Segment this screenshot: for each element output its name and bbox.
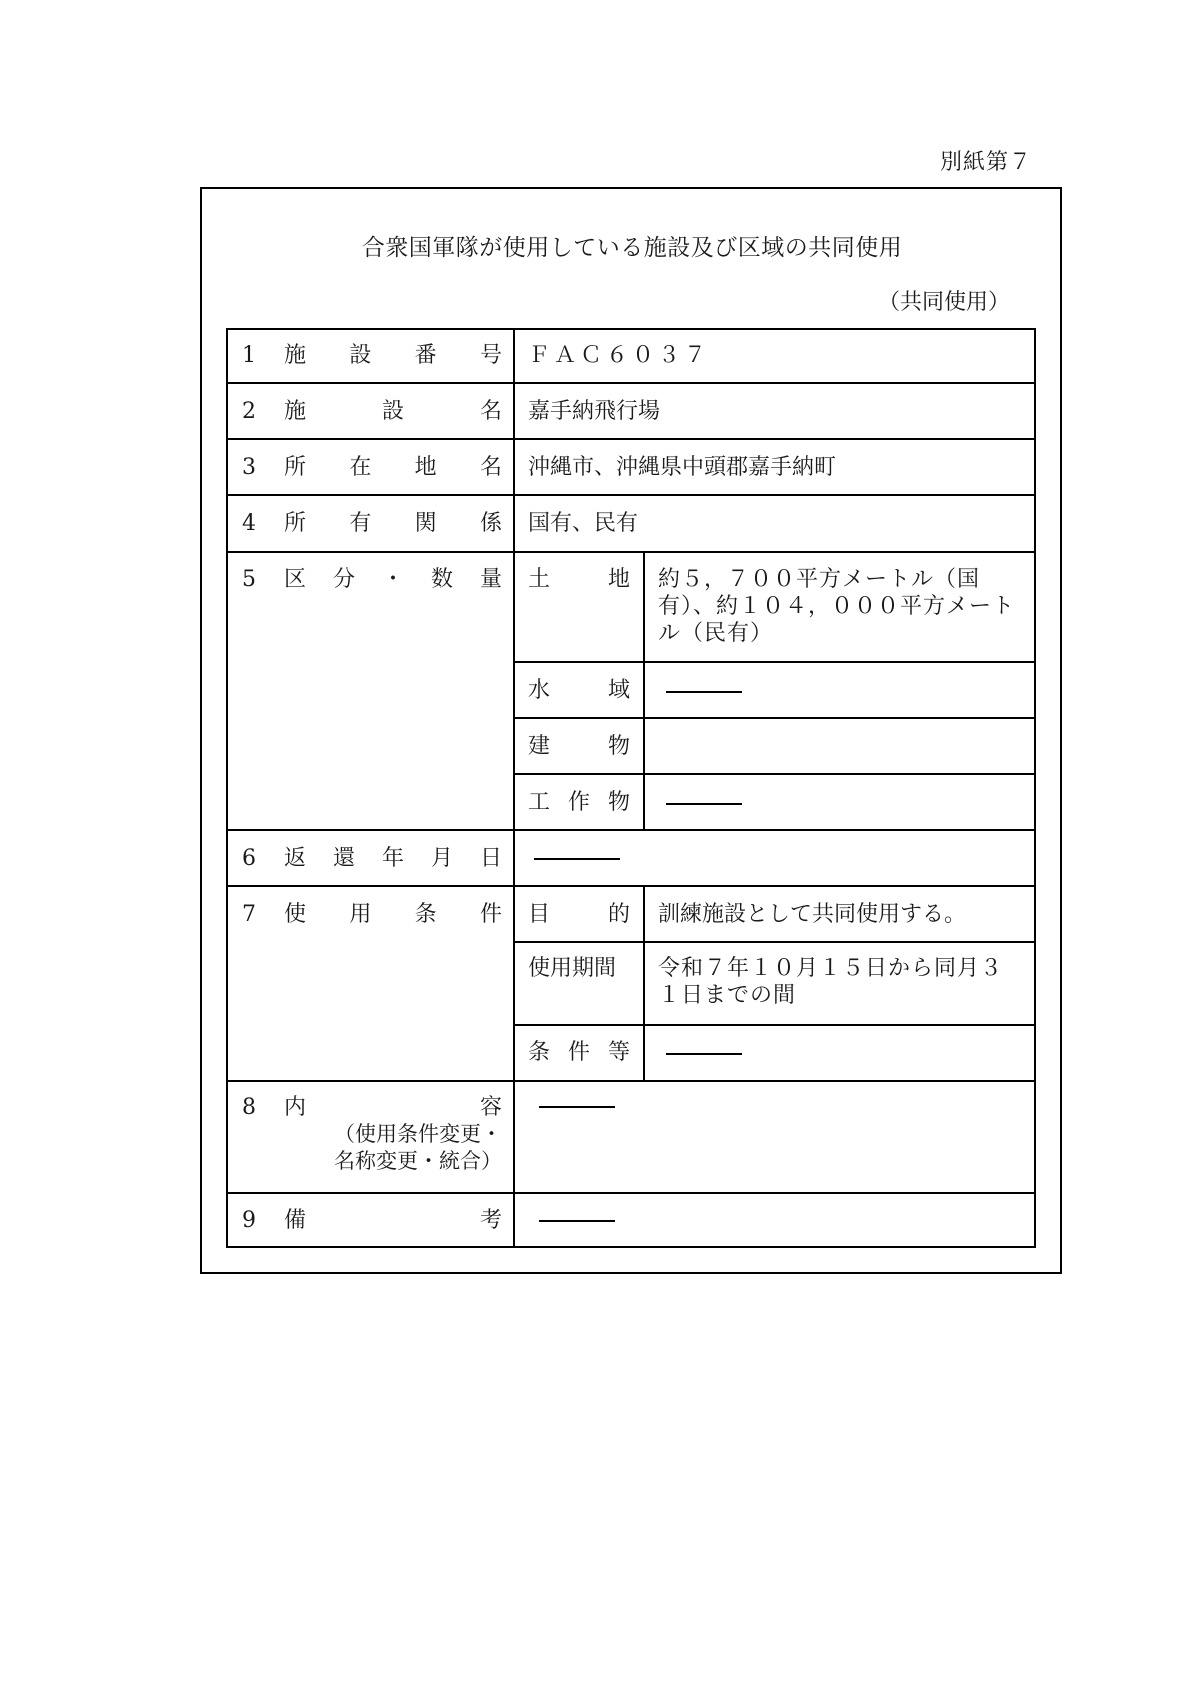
label-char: 返 [284,845,306,873]
label-char: 係 [480,510,502,538]
label-char: 目 [528,901,550,929]
location-value: 沖縄市、沖縄県中頭郡嘉手納町 [528,454,836,482]
label-char: 土 [528,566,550,594]
label-char: 条 [415,901,437,929]
row-label: 2 施 設 名 [242,398,502,426]
label-char: 名 [480,398,502,426]
table-row-usage-conditions: 7 使 用 条 件 目 的 訓練施設として共同使用する。 使用期間 [226,887,1036,1082]
row-label: 8 内 容 [242,1094,502,1121]
label-char: 地 [415,454,437,482]
sub-label: 工 作 物 [528,789,630,817]
label-char: 番 [415,342,437,370]
row-number: 2 [242,398,282,426]
row-number: 6 [242,845,282,873]
row-label: 5 区 分 ・ 数 量 [242,566,502,594]
table-row-remarks: 9 備 考 [226,1194,1036,1248]
sub-label: 建 物 [528,733,630,761]
label-char: 作 [568,789,590,817]
row-number: 1 [242,342,282,370]
label-char: 工 [528,789,550,817]
empty-value-dash [534,858,620,860]
label-char: 施 [284,342,306,370]
empty-value-dash [666,691,742,693]
label-char: 量 [480,566,502,594]
table-row-classification-quantity: 5 区 分 ・ 数 量 土 地 約５，７００平方メートル（国有）、約１０４，００… [226,553,1036,831]
sub-label: 土 地 [528,566,630,594]
row-number: 4 [242,510,282,538]
sub-label: 条 件 等 [528,1039,630,1067]
row-label: 7 使 用 条 件 [242,901,502,929]
label-char: 在 [349,454,371,482]
facility-number-value: ＦＡＣ６０３７ [528,342,710,370]
land-area-value: 約５，７００平方メートル（国有）、約１０４，０００平方メートル（民有） [658,566,1026,647]
contents-label-note-1: （使用条件変更・ [282,1121,502,1148]
label-char: 水 [528,677,550,705]
facility-name-value: 嘉手納飛行場 [528,398,660,426]
label-char: 建 [528,733,550,761]
table-row-return-date: 6 返 還 年 月 日 [226,831,1036,887]
label-char: 所 [284,454,306,482]
label-char: 件 [480,901,502,929]
row-label: 1 施 設 番 号 [242,342,502,370]
label-char: 関 [415,510,437,538]
label-char: 設 [382,398,404,426]
table-row-facility-name: 2 施 設 名 嘉手納飛行場 [226,384,1036,440]
table-row-facility-number: 1 施 設 番 号 ＦＡＣ６０３７ [226,328,1036,384]
facility-info-table: 1 施 設 番 号 ＦＡＣ６０３７ 2 施 設 名 嘉手納飛行場 [226,328,1036,1248]
label-char: 域 [608,677,630,705]
sub-label: 使用期間 [528,955,638,983]
label-char: 物 [608,733,630,761]
label-char: 地 [608,566,630,594]
row-number: 8 [242,1094,282,1121]
label-char: 数 [431,566,453,594]
sub-label: 目 的 [528,901,630,929]
label-char: 還 [333,845,355,873]
label-char: 年 [382,845,404,873]
label-char: 備 [284,1207,306,1235]
label-char: 考 [480,1207,502,1235]
empty-value-dash [539,1220,615,1222]
row-label: 6 返 還 年 月 日 [242,845,502,873]
label-char: 名 [480,454,502,482]
purpose-value: 訓練施設として共同使用する。 [658,901,1026,929]
document-subtitle: （共同使用） [878,285,1010,316]
usage-period-value: 令和７年１０月１５日から同月３１日までの間 [658,955,1018,1009]
ownership-value: 国有、民有 [528,510,638,538]
row-number: 3 [242,454,282,482]
sub-label: 水 域 [528,677,630,705]
label-char: 分 [333,566,355,594]
document-frame: 合衆国軍隊が使用している施設及び区域の共同使用 （共同使用） 1 [200,187,1062,1274]
row-label: 4 所 有 関 係 [242,510,502,538]
attachment-number-label: 別紙第７ [940,145,1060,176]
table-row-ownership: 4 所 有 関 係 国有、民有 [226,496,1036,552]
document-title: 合衆国軍隊が使用している施設及び区域の共同使用 [202,229,1060,262]
label-char: 内 [284,1094,306,1121]
row-label: 9 備 考 [242,1207,502,1235]
empty-value-dash [666,803,742,805]
label-char: 容 [480,1094,502,1121]
label-char: 区 [284,566,306,594]
contents-label-note-2: 名称変更・統合） [276,1148,502,1175]
label-char: 件 [568,1039,590,1067]
empty-value-dash [539,1106,615,1108]
empty-value-dash [666,1053,742,1055]
label-char: ・ [382,566,404,594]
label-char: 等 [608,1039,630,1067]
label-char: 設 [349,342,371,370]
label-char: 日 [480,845,502,873]
row-number: 9 [242,1207,282,1235]
row-number: 7 [242,901,282,929]
label-char: 的 [608,901,630,929]
label-char: 有 [349,510,371,538]
table-row-contents: 8 内 容 （使用条件変更・ 名称変更・統合） [226,1082,1036,1194]
label-char: 号 [480,342,502,370]
label-char: 用 [349,901,371,929]
label-char: 条 [528,1039,550,1067]
label-char: 月 [431,845,453,873]
label-char: 所 [284,510,306,538]
label-char: 物 [608,789,630,817]
label-char: 使 [284,901,306,929]
table-row-location: 3 所 在 地 名 沖縄市、沖縄県中頭郡嘉手納町 [226,440,1036,496]
row-label: 3 所 在 地 名 [242,454,502,482]
label-char: 使用期間 [528,956,616,981]
label-char: 施 [284,398,306,426]
row-number: 5 [242,566,282,594]
